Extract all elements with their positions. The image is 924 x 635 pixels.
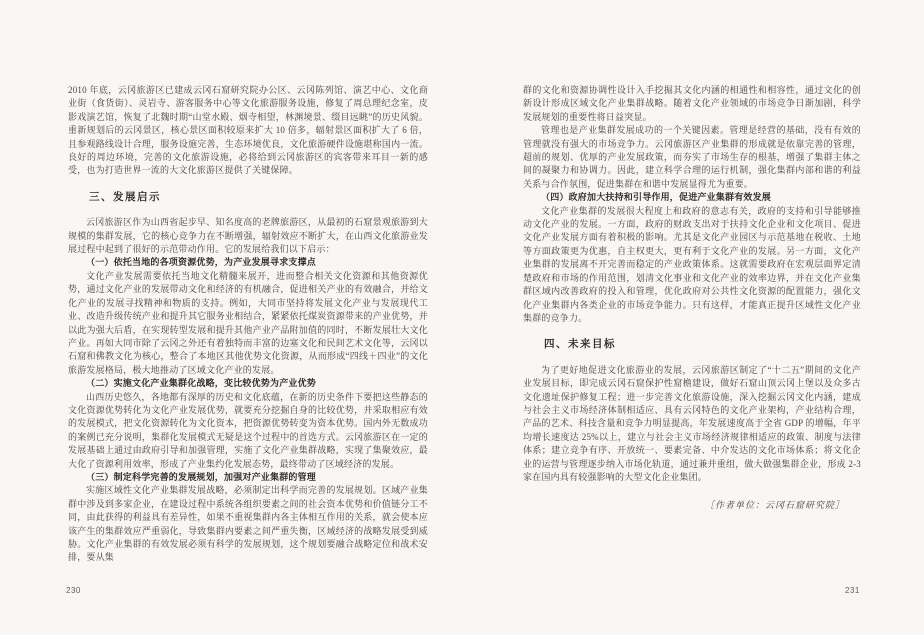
author-attribution: ［作者单位：云冈石窟研究院］: [523, 499, 861, 512]
paragraph: 文化产业集群的发展很大程度上和政府的意志有关，政府的支持和引导能够推动文化产业的…: [523, 205, 861, 326]
paragraph-continuation: 2010 年底，云冈旅游区已建成云冈石窟研究院办公区、云冈陈列馆、演艺中心、文化…: [68, 84, 428, 178]
paragraph-continuation: 群的文化和资源协调性设计入手挖掘其文化内涵的相通性和相容性，通过文化的创新设计形…: [523, 84, 861, 124]
paragraph: 云冈旅游区作为山西省起步早、知名度高的老牌旅游区，从最初的石窟景观旅游到大规模的…: [68, 216, 428, 256]
paragraph: 实施区域性文化产业集群发展战略，必须制定出科学而完善的发展规划。区域产业集群中涉…: [68, 484, 428, 564]
paragraph: 管理也是产业集群发展成功的一个关键因素。管理是经营的基础，没有有效的管理就没有强…: [523, 124, 861, 191]
book-spread: 2010 年底，云冈旅游区已建成云冈石窟研究院办公区、云冈陈列馆、演艺中心、文化…: [0, 0, 924, 635]
page-number-right: 231: [845, 586, 860, 595]
paragraph: 为了更好地促进文化旅游业的发展，云冈旅游区制定了“十二五”期间的文化产业发展目标…: [523, 364, 861, 485]
sub-section-heading: （四）政府加大扶持和引导作用，促进产业集群有效发展: [523, 191, 861, 204]
paragraph: 山西历史悠久，各地都有深厚的历史和文化底蕴，在新的历史条件下要把这些静态的文化资…: [68, 391, 428, 471]
page-number-left: 230: [66, 586, 81, 595]
paragraph: 文化产业发展需要依托当地文化精髓来展开，进而整合相关文化资源和其他资源优势，通过…: [68, 270, 428, 377]
sub-section-heading: （三）制定科学完善的发展规划，加强对产业集群的管理: [68, 471, 428, 484]
sub-section-heading: （二）实施文化产业集群化战略，变比较优势为产业优势: [68, 377, 428, 390]
section-heading: 三、发展启示: [68, 191, 428, 204]
section-heading: 四、未来目标: [523, 338, 861, 351]
page-right-column: 群的文化和资源协调性设计入手挖掘其文化内涵的相通性和相容性，通过文化的创新设计形…: [523, 84, 861, 513]
page-left-column: 2010 年底，云冈旅游区已建成云冈石窟研究院办公区、云冈陈列馆、演艺中心、文化…: [68, 84, 428, 565]
sub-section-heading: （一）依托当地的各项资源优势，为产业发展寻求支撑点: [68, 256, 428, 269]
